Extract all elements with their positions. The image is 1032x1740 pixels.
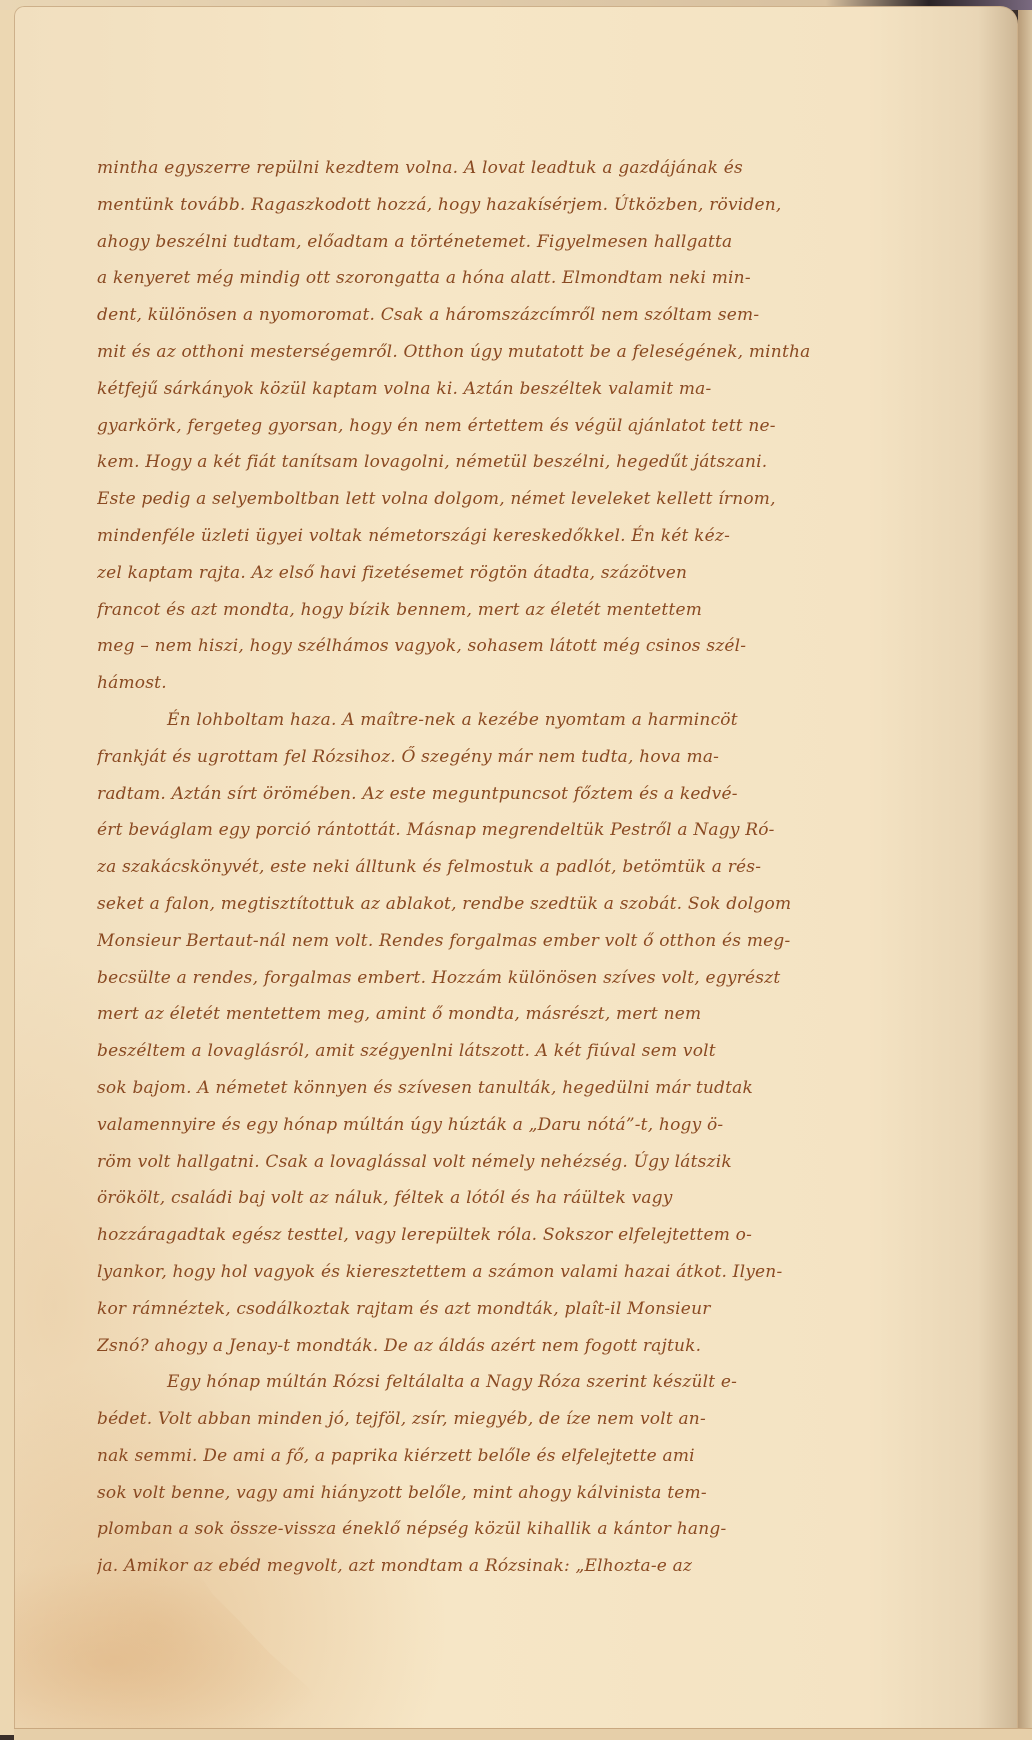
text-line: gyarkörk, fergeteg gyorsan, hogy én nem … [97,408,1012,445]
text-line: plomban a sok össze-vissza éneklő népség… [97,1511,1012,1548]
text-line: a kenyeret még mindig ott szorongatta a … [97,260,1012,297]
paragraph-start-line: Én lohboltam haza. A maître-nek a kezébe… [97,702,1012,739]
text-line: kor rámnéztek, csodálkoztak rajtam és az… [97,1291,1012,1328]
text-line: radtam. Aztán sírt örömében. Az este meg… [97,776,1012,813]
text-line: seket a falon, megtisztítottuk az ablako… [97,886,1012,923]
text-line: mert az életét mentettem meg, amint ő mo… [97,996,1012,1033]
text-line: kétfejű sárkányok közül kaptam volna ki.… [97,371,1012,408]
text-line: sok bajom. A németet könnyen és szívesen… [97,1070,1012,1107]
text-line: mintha egyszerre repülni kezdtem volna. … [97,150,1012,187]
text-line: becsülte a rendes, forgalmas embert. Hoz… [97,960,1012,997]
text-line: otthoni mit és az otthoni mesterségemről… [97,334,1012,371]
text-line: ahogy beszélni tudtam, előadtam a történ… [97,224,1012,261]
text-line: sok volt benne, vagy ami hiányzott belől… [97,1475,1012,1512]
text-line: ért beváglam egy porció rántottát. Másna… [97,812,1012,849]
book-binding-edge [1018,10,1032,1740]
text-line: nak semmi. De ami a fő, a paprika kiérze… [97,1438,1012,1475]
text-line-content: kem. Hogy a két fiát tanítsam lovagolni,… [97,452,767,472]
text-line: meg – nem hiszi, hogy szélhámos vagyok, … [97,628,1012,665]
text-line: Zsnó? ahogy a Jenay-t mondták. De az áld… [97,1328,1012,1365]
text-line: valamennyire és egy hónap múltán úgy húz… [97,1107,1012,1144]
text-line: frankját és ugrottam fel Rózsihoz. Ő sze… [97,739,1012,776]
page-bottom-edge [14,1728,1032,1740]
text-line: dent, különösen a nyomoromat. Csak a hár… [97,297,1012,334]
text-line: Monsieur Bertaut-nál nem volt. Rendes fo… [97,923,1012,960]
text-line: ja. Amikor az ebéd megvolt, azt mondtam … [97,1548,1012,1585]
text-line: örökölt, családi baj volt az náluk, félt… [97,1180,1012,1217]
text-line-content: mit és az otthoni mesterségemről. Otthon… [97,342,810,362]
text-line: lyankor, hogy hol vagyok és kieresztette… [97,1254,1012,1291]
text-line: a két kem. Hogy a két fiát tanítsam lova… [97,444,1012,481]
text-line: bédet. Volt abban minden jó, tejföl, zsí… [97,1401,1012,1438]
text-line: mentünk tovább. Ragaszkodott hozzá, hogy… [97,187,1012,224]
text-line: beszéltem a lovaglásról, amit szégyenlni… [97,1033,1012,1070]
text-line: röm volt hallgatni. Csak a lovaglással v… [97,1144,1012,1181]
text-line: hozzáragadtak egész testtel, vagy lerepü… [97,1217,1012,1254]
text-line: za szakácskönyvét, este neki álltunk és … [97,849,1012,886]
handwritten-text-block: mintha egyszerre repülni kezdtem volna. … [97,150,1012,1585]
text-line: zel kaptam rajta. Az első havi fizetésem… [97,555,1012,592]
text-line: francot és azt mondta, hogy bízik bennem… [97,592,1012,629]
text-line: mindenféle üzleti ügyei voltak németorsz… [97,518,1012,555]
text-line: Este pedig a selyemboltban lett volna do… [97,481,1012,518]
text-line: hámost. [97,665,1012,702]
paragraph-start-line: Egy hónap múltán Rózsi feltálalta a Nagy… [97,1364,1012,1401]
